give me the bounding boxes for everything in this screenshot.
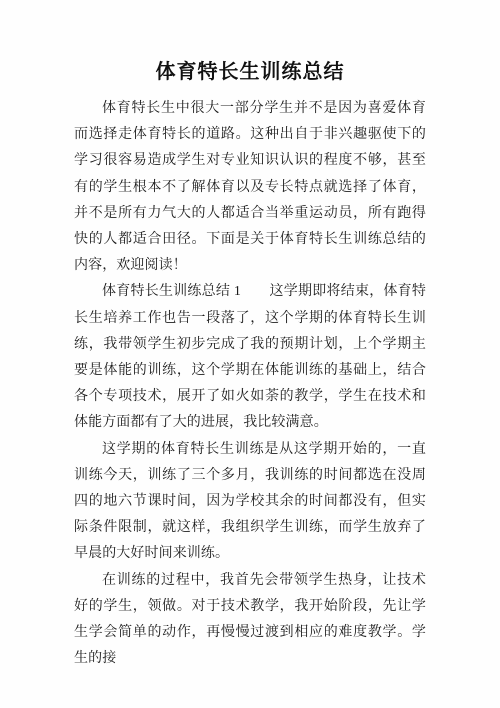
paragraph: 这学期的体育特长生训练是从这学期开始的，一直训练今天，训练了三个多月，我训练的时… xyxy=(74,437,426,568)
paragraph: 在训练的过程中，我首先会带领学生热身，让技术好的学生，领做。对于技术教学，我开始… xyxy=(74,568,426,673)
document-body: 体育特长生中很大一部分学生并不是因为喜爱体育而选择走体育特长的道路。这种出自于非… xyxy=(74,96,426,672)
page-title: 体育特长生训练总结 xyxy=(0,58,500,87)
paragraph: 体育特长生中很大一部分学生并不是因为喜爱体育而选择走体育特长的道路。这种出自于非… xyxy=(74,96,426,279)
paragraph: 体育特长生训练总结 1 这学期即将结束，体育特长生培养工作也告一段落了，这个学期… xyxy=(74,279,426,436)
document-page: 体育特长生训练总结 体育特长生中很大一部分学生并不是因为喜爱体育而选择走体育特长… xyxy=(0,0,500,708)
